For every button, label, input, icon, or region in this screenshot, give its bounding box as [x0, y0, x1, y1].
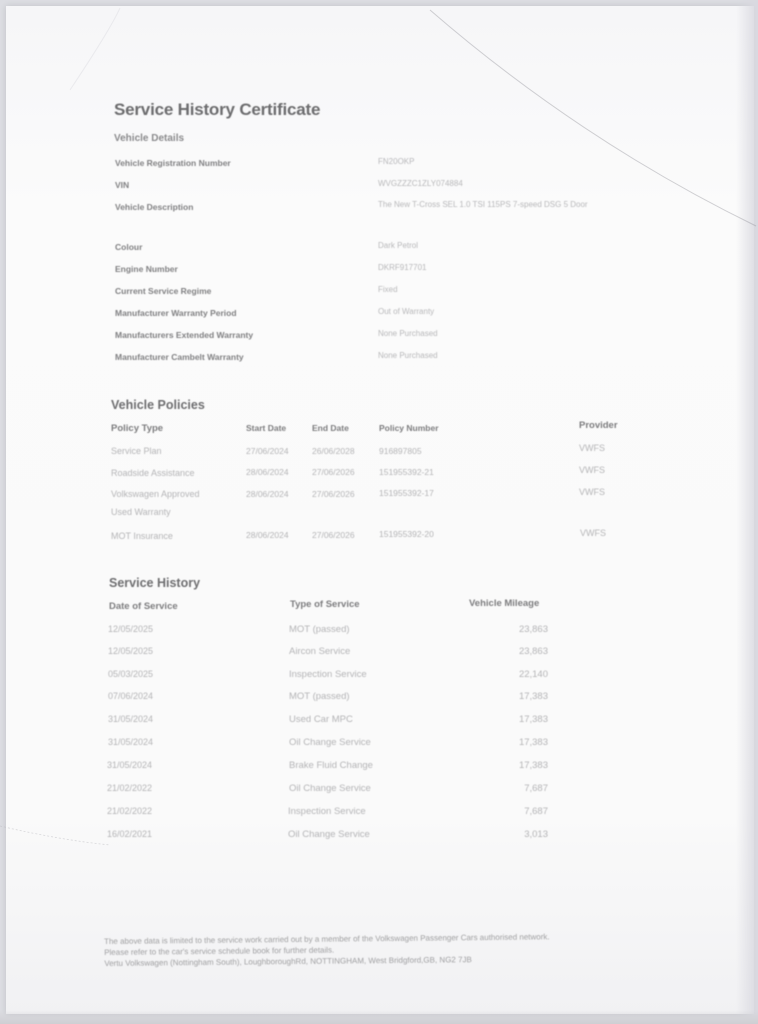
policy-provider: VWFS: [579, 465, 605, 475]
policy-provider: VWFS: [580, 528, 606, 538]
policy-end: 27/06/2026: [312, 530, 355, 540]
service-history-heading: Service History: [109, 576, 200, 590]
column-header: Vehicle Mileage: [469, 598, 539, 609]
service-date: 21/02/2022: [107, 806, 152, 816]
service-mileage: 17,383: [488, 691, 548, 702]
detail-value: Dark Petrol: [378, 236, 618, 255]
detail-label: Manufacturer Cambelt Warranty: [115, 352, 244, 362]
column-header: Type of Service: [290, 599, 360, 610]
service-date: 07/06/2024: [108, 691, 153, 701]
policy-number: 151955392-20: [379, 529, 434, 539]
service-date: 05/03/2025: [108, 669, 153, 679]
policy-provider: VWFS: [579, 443, 605, 453]
policy-number: 916897805: [379, 446, 422, 456]
document-title: Service History Certificate: [114, 100, 320, 120]
detail-value: None Purchased: [378, 324, 618, 343]
detail-value: FN20OKP: [378, 152, 618, 171]
footer-disclaimer: The above data is limited to the service…: [104, 930, 704, 969]
column-header: Date of Service: [109, 601, 178, 612]
detail-value: Fixed: [378, 280, 618, 299]
policy-provider: VWFS: [579, 487, 605, 497]
service-mileage: 17,383: [488, 760, 548, 771]
detail-value: Out of Warranty: [378, 302, 618, 321]
policy-start: 28/06/2024: [246, 467, 289, 477]
vehicle-policies-heading: Vehicle Policies: [111, 398, 205, 412]
policy-end: 27/06/2026: [312, 467, 355, 477]
column-header: Provider: [579, 420, 618, 431]
service-mileage: 17,383: [488, 714, 548, 725]
service-type: Oil Change Service: [289, 783, 371, 794]
policy-number: 151955392-17: [379, 488, 434, 498]
column-header: End Date: [312, 423, 349, 433]
service-mileage: 22,140: [488, 669, 548, 680]
service-type: Brake Fluid Change: [289, 760, 373, 771]
service-mileage: 17,383: [488, 737, 548, 748]
detail-label: Manufacturer Warranty Period: [115, 308, 237, 318]
detail-label: Colour: [115, 242, 142, 252]
service-date: 31/05/2024: [107, 760, 152, 770]
service-date: 12/05/2025: [108, 624, 153, 634]
policy-type-continued: Used Warranty: [111, 507, 171, 517]
service-type: MOT (passed): [289, 624, 350, 635]
service-mileage: 7,687: [488, 783, 548, 794]
service-type: Used Car MPC: [289, 714, 353, 725]
detail-value: The New T-Cross SEL 1.0 TSI 115PS 7-spee…: [378, 194, 614, 215]
service-mileage: 7,687: [488, 806, 548, 817]
vehicle-details-heading: Vehicle Details: [114, 133, 184, 144]
column-header: Policy Type: [111, 423, 163, 434]
policy-type: Service Plan: [111, 446, 162, 456]
service-date: 31/05/2024: [108, 737, 153, 747]
policy-type: Roadside Assistance: [111, 468, 195, 478]
detail-value: DKRF917701: [378, 258, 618, 277]
policy-start: 28/06/2024: [246, 489, 289, 499]
detail-value: None Purchased: [378, 346, 618, 365]
service-type: Inspection Service: [288, 806, 366, 817]
service-mileage: 3,013: [488, 829, 548, 840]
service-type: Aircon Service: [289, 646, 350, 657]
detail-label: Engine Number: [115, 264, 178, 274]
policy-type: Volkswagen Approved: [111, 489, 200, 499]
detail-label: Current Service Regime: [115, 286, 211, 296]
policy-number: 151955392-21: [379, 467, 434, 477]
column-header: Start Date: [246, 423, 286, 433]
detail-label: VIN: [115, 180, 129, 190]
service-type: Oil Change Service: [289, 737, 371, 748]
detail-label: Manufacturers Extended Warranty: [115, 330, 253, 340]
service-date: 31/05/2024: [108, 714, 153, 724]
policy-start: 27/06/2024: [246, 446, 289, 456]
policy-end: 27/06/2026: [312, 489, 355, 499]
service-type: MOT (passed): [289, 691, 350, 702]
policy-type: MOT Insurance: [111, 531, 173, 541]
policy-start: 28/06/2024: [246, 530, 289, 540]
detail-label: Vehicle Description: [115, 202, 193, 212]
column-header: Policy Number: [379, 423, 439, 433]
service-date: 21/02/2022: [107, 783, 152, 793]
service-type: Inspection Service: [289, 669, 367, 680]
service-type: Oil Change Service: [288, 829, 370, 840]
policy-end: 26/06/2028: [312, 446, 355, 456]
service-mileage: 23,863: [488, 624, 548, 635]
service-date: 16/02/2021: [107, 829, 152, 839]
detail-value: WVGZZZC1ZLY074884: [378, 174, 618, 193]
service-mileage: 23,863: [488, 646, 548, 657]
service-history-certificate: Service History Certificate Vehicle Deta…: [0, 0, 758, 1024]
detail-label: Vehicle Registration Number: [115, 158, 231, 168]
service-date: 12/05/2025: [108, 646, 153, 656]
